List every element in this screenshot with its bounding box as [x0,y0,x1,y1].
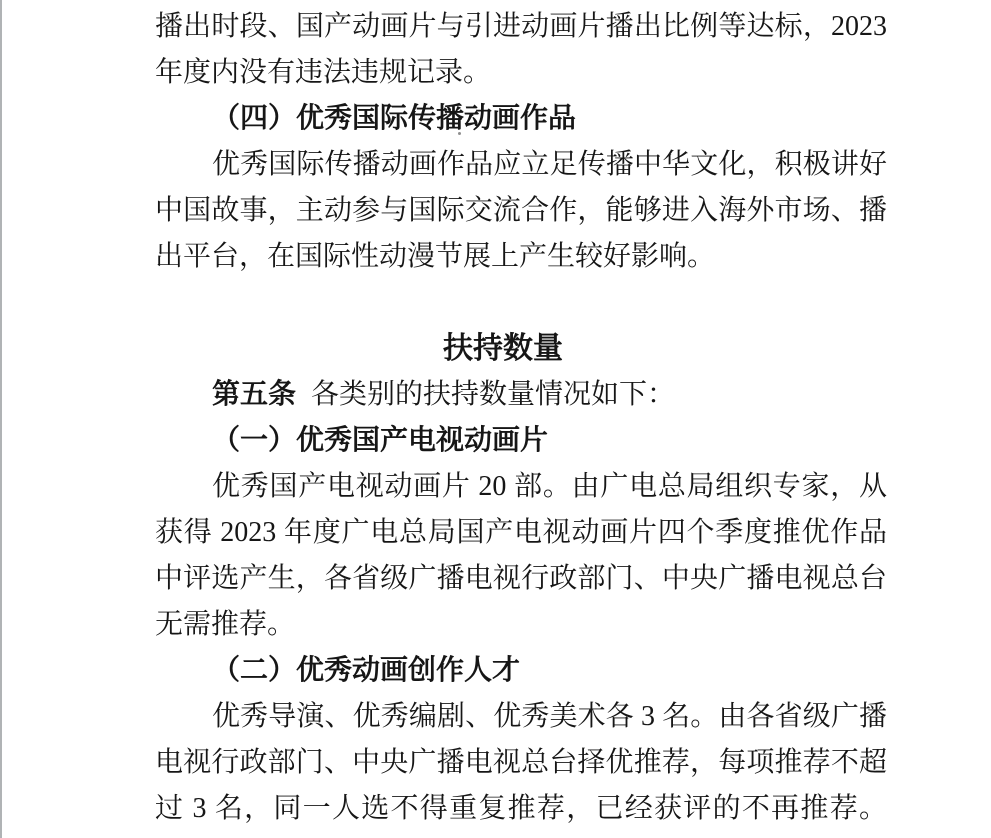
section-subheading: （二）优秀动画创作人才 [155,648,887,694]
body-text-line: 出平台，在国际性动漫节展上产生较好影响。 [155,234,887,280]
article-number-label: 第五条 [212,379,296,410]
document-page: 播出时段、国产动画片与引进动画片播出比例等达标，2023年度内没有违法违规记录。… [0,0,991,838]
body-text-line: 优秀国际传播动画作品应立足传播中华文化，积极讲好 [155,142,887,188]
article-clause-text: 各类别的扶持数量情况如下： [311,379,675,410]
article-clause-line: 第五条各类别的扶持数量情况如下： [155,372,887,418]
body-text-line: 年度内没有违法违规记录。 [155,50,887,96]
body-text-line: 过 3 名，同一人选不得重复推荐，已经获评的不再推荐。 [155,786,887,832]
document-body: 播出时段、国产动画片与引进动画片播出比例等达标，2023年度内没有违法违规记录。… [155,4,887,832]
blank-line [155,280,887,326]
body-text-line: 中评选产生，各省级广播电视行政部门、中央广播电视总台 [155,556,887,602]
body-text-line: 优秀国产电视动画片 20 部。由广电总局组织专家，从 [155,464,887,510]
chapter-heading: 扶持数量 [137,326,869,372]
section-subheading: （一）优秀国产电视动画片 [155,418,887,464]
section-subheading: （四）优秀国际传播动画作品 [155,96,887,142]
body-text-line: 播出时段、国产动画片与引进动画片播出比例等达标，2023 [155,4,887,50]
body-text-line: 中国故事，主动参与国际交流合作，能够进入海外市场、播 [155,188,887,234]
page-edge-line [0,0,2,838]
body-text-line: 获得 2023 年度广电总局国产电视动画片四个季度推优作品 [155,510,887,556]
body-text-line: 优秀导演、优秀编剧、优秀美术各 3 名。由各省级广播 [155,694,887,740]
body-text-line: 无需推荐。 [155,602,887,648]
body-text-line: 电视行政部门、中央广播电视总台择优推荐，每项推荐不超 [155,740,887,786]
